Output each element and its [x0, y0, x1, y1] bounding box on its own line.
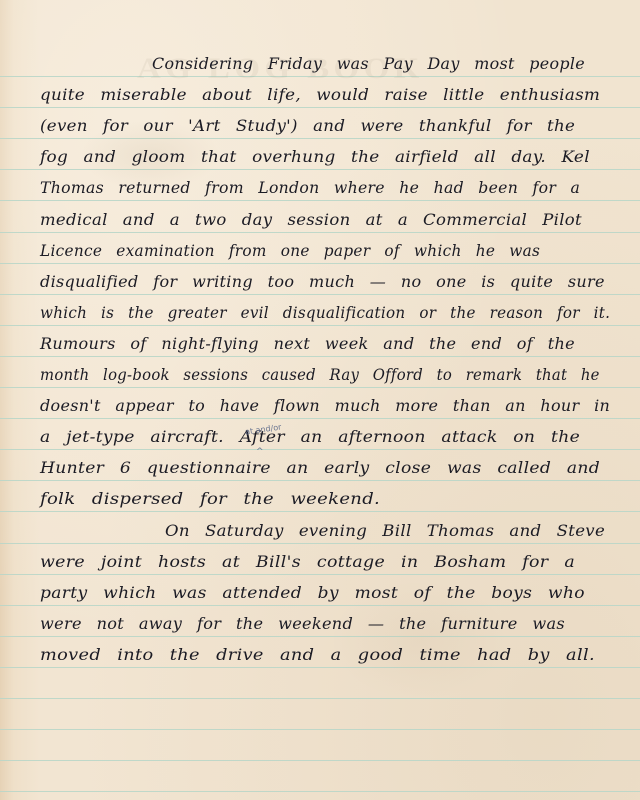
text-line: Licence examination from one paper of wh… — [0, 232, 640, 263]
text-line: were not away for the weekend — the furn… — [0, 605, 640, 636]
text-line: month log-book sessions caused Ray Offor… — [0, 356, 640, 387]
rule-line — [0, 667, 640, 668]
rule-line — [0, 698, 640, 699]
line-text: disqualified for writing too much — no o… — [40, 275, 605, 291]
text-line: (even for our 'Art Study') and were than… — [0, 107, 640, 138]
text-line: doesn't appear to have flown much more t… — [0, 387, 640, 418]
text-line: Considering Friday was Pay Day most peop… — [0, 45, 640, 76]
notebook-page: AG LOG BOOK Considering Friday was Pay D… — [0, 0, 640, 800]
rule-line — [0, 791, 640, 792]
text-line: a jet-type aircraft. After an afternoon … — [0, 418, 640, 449]
text-line: fog and gloom that overhung the airfield… — [0, 138, 640, 169]
text-line: Hunter 6 questionnaire an early close wa… — [0, 449, 640, 480]
line-text: were joint hosts at Bill's cottage in Bo… — [40, 555, 575, 571]
line-text: were not away for the weekend — the furn… — [40, 617, 565, 633]
line-text: folk dispersed for the weekend. — [40, 492, 380, 508]
text-line: medical and a two day session at a Comme… — [0, 201, 640, 232]
text-line: On Saturday evening Bill Thomas and Stev… — [0, 512, 640, 543]
text-line: Rumours of night-flying next week and th… — [0, 325, 640, 356]
line-text: fog and gloom that overhung the airfield… — [40, 150, 590, 166]
text-line: quite miserable about life, would raise … — [0, 76, 640, 107]
line-text: Hunter 6 questionnaire an early close wa… — [40, 461, 600, 477]
text-line: Thomas returned from London where he had… — [0, 169, 640, 200]
line-text: medical and a two day session at a Comme… — [40, 213, 582, 229]
line-text: Considering Friday was Pay Day most peop… — [152, 57, 585, 73]
line-text: a jet-type aircraft. After an afternoon … — [40, 430, 580, 446]
text-line: moved into the drive and a good time had… — [0, 636, 640, 667]
line-text: moved into the drive and a good time had… — [40, 648, 595, 664]
line-text: (even for our 'Art Study') and were than… — [40, 119, 575, 135]
line-text: quite miserable about life, would raise … — [40, 88, 600, 104]
line-text: Thomas returned from London where he had… — [40, 181, 580, 197]
text-line: were joint hosts at Bill's cottage in Bo… — [0, 543, 640, 574]
rule-line — [0, 729, 640, 730]
line-text: which is the greater evil disqualificati… — [40, 306, 610, 322]
rule-line — [0, 760, 640, 761]
text-line: party which was attended by most of the … — [0, 574, 640, 605]
line-text: doesn't appear to have flown much more t… — [40, 399, 610, 415]
text-line: disqualified for writing too much — no o… — [0, 263, 640, 294]
line-text: Licence examination from one paper of wh… — [40, 244, 540, 260]
text-line: folk dispersed for the weekend. — [0, 480, 640, 511]
line-text: month log-book sessions caused Ray Offor… — [40, 368, 600, 384]
text-line: which is the greater evil disqualificati… — [0, 294, 640, 325]
line-text: party which was attended by most of the … — [40, 586, 585, 602]
line-text: On Saturday evening Bill Thomas and Stev… — [165, 524, 605, 540]
insertion-caret: ^ — [256, 447, 264, 457]
line-text: Rumours of night-flying next week and th… — [40, 337, 575, 353]
